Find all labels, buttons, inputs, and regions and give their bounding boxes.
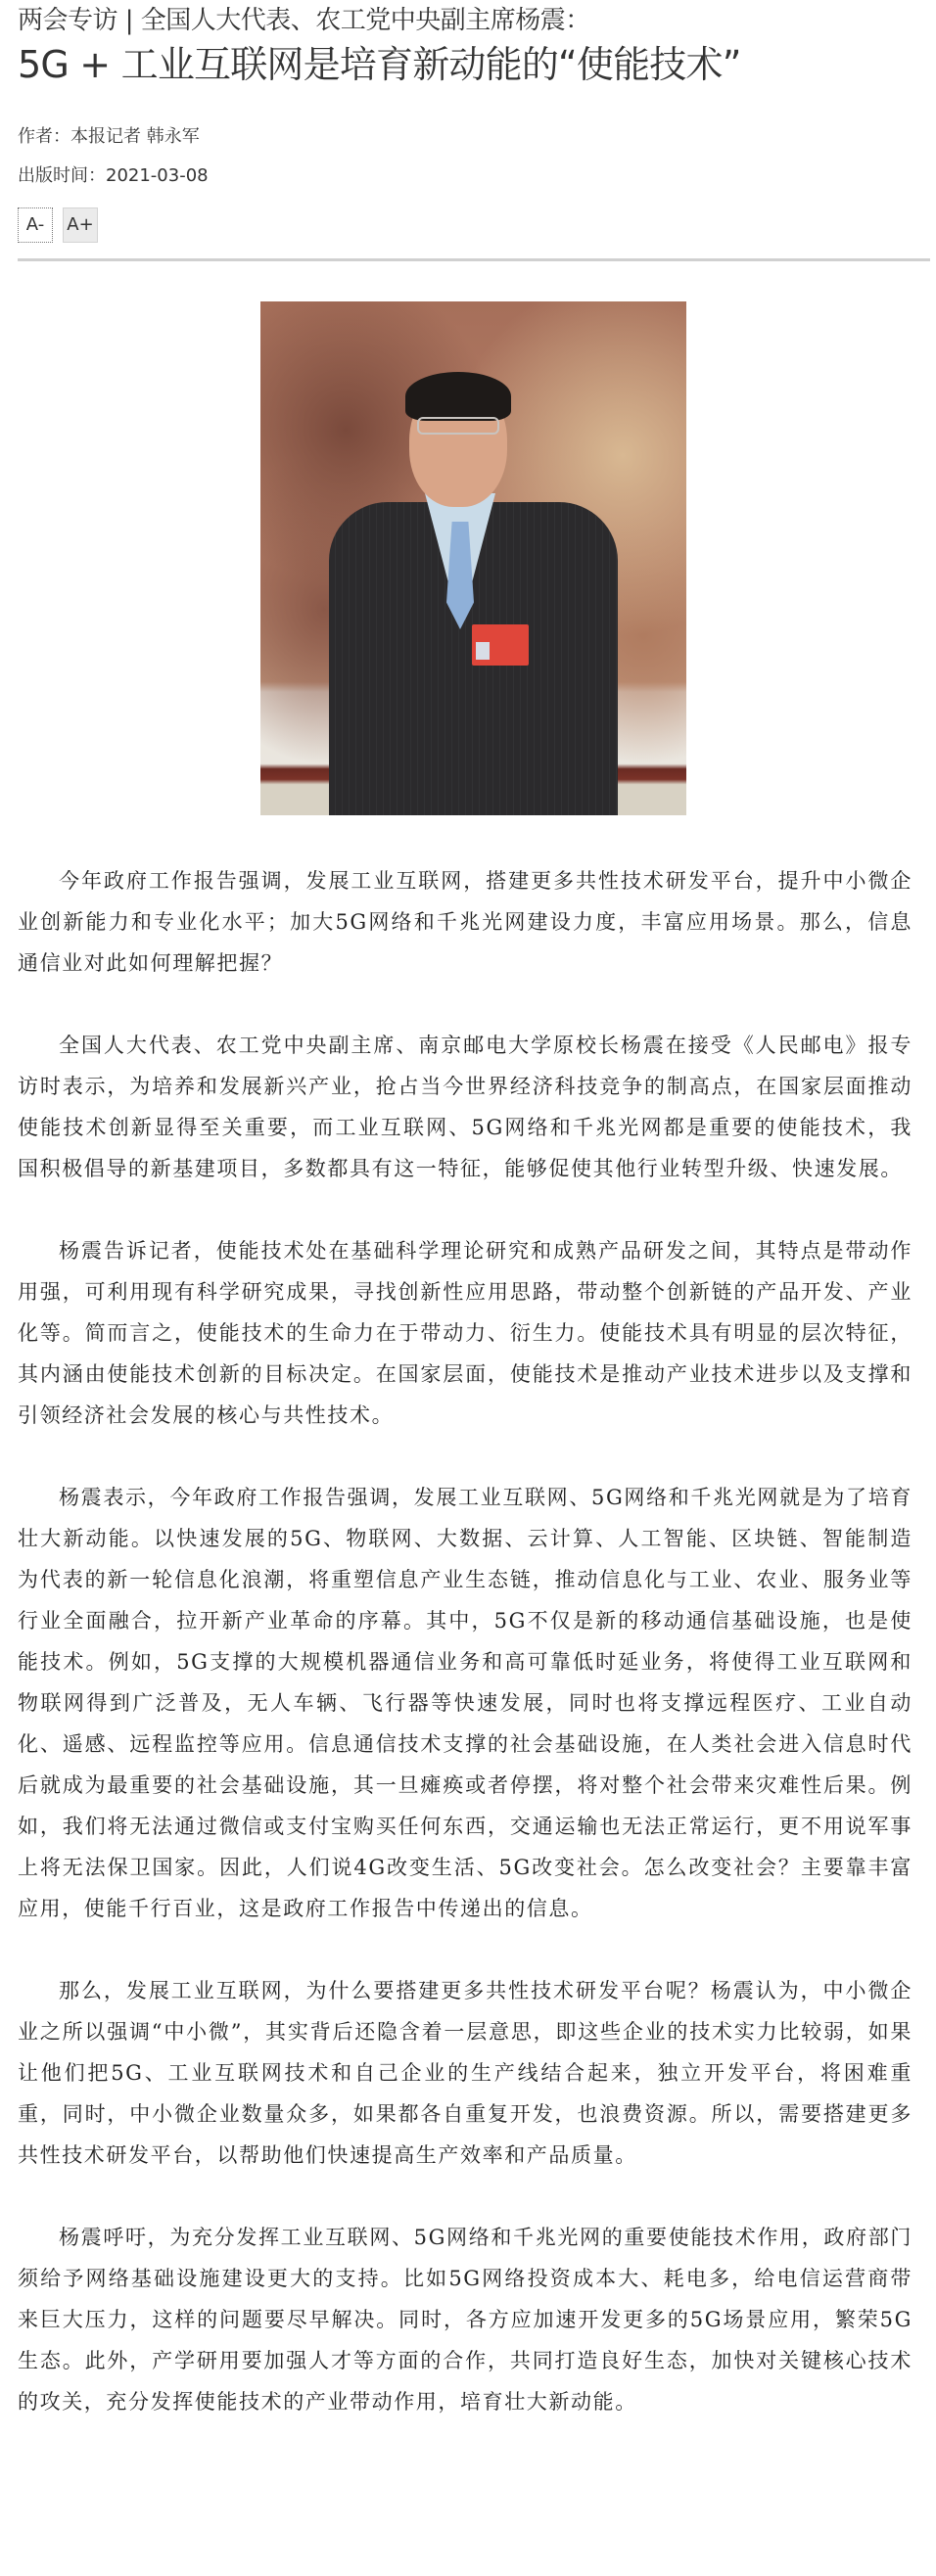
decrease-font-button[interactable]: A- [18,207,53,243]
article-paragraph: 今年政府工作报告强调，发展工业互联网，搭建更多共性技术研发平台，提升中小微企业创… [18,860,913,984]
article-paragraph: 全国人大代表、农工党中央副主席、南京邮电大学原校长杨震在接受《人民邮电》报专访时… [18,1025,913,1189]
article-paragraph: 杨震告诉记者，使能技术处在基础科学理论研究和成熟产品研发之间，其特点是带动作用强… [18,1230,913,1436]
article-paragraph: 杨震呼吁，为充分发挥工业互联网、5G网络和千兆光网的重要使能技术作用，政府部门须… [18,2217,913,2422]
header-divider [18,258,930,261]
article-photo [260,301,686,815]
font-size-controls: A- A+ [18,207,98,245]
photo-badge-shape [472,624,529,666]
article-author: 作者：本报记者 韩永军 [18,124,200,150]
article-body: 今年政府工作报告强调，发展工业互联网，搭建更多共性技术研发平台，提升中小微企业创… [18,860,913,2463]
article-title: 5G + 工业互联网是培育新动能的“使能技术” [18,41,741,88]
photo-hair-shape [405,372,511,421]
photo-glasses-shape [417,417,499,435]
article-publish-date: 出版时间：2021-03-08 [18,163,209,189]
article-paragraph: 杨震表示，今年政府工作报告强调，发展工业互联网、5G网络和千兆光网就是为了培育壮… [18,1477,913,1929]
article-kicker: 两会专访 | 全国人大代表、农工党中央副主席杨震： [18,4,590,37]
article-paragraph: 那么，发展工业互联网，为什么要搭建更多共性技术研发平台呢？杨震认为，中小微企业之… [18,1970,913,2176]
increase-font-button[interactable]: A+ [63,207,98,243]
